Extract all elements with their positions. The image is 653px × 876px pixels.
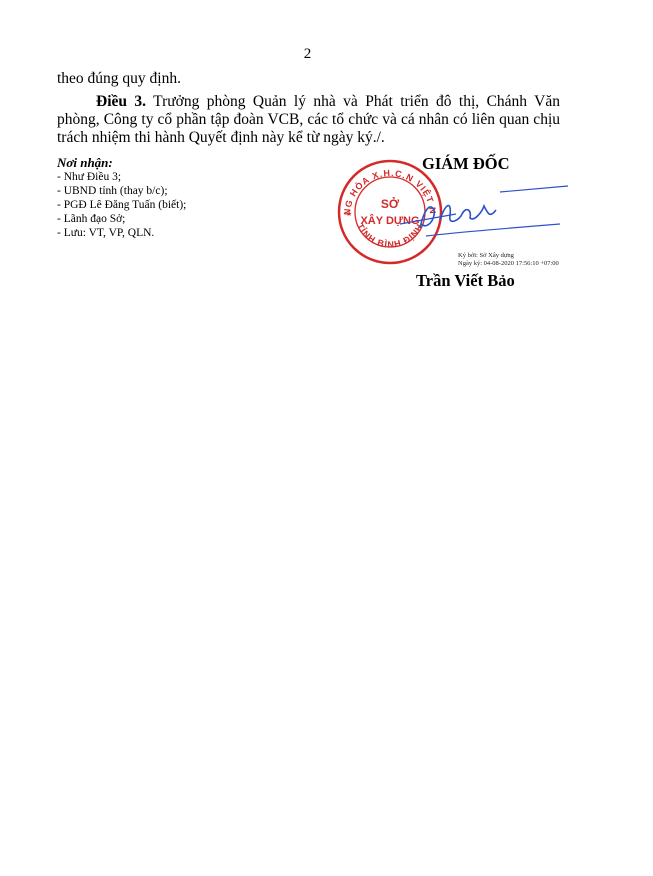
svg-text:SỞ: SỞ bbox=[381, 196, 400, 211]
signer-position: GIÁM ĐỐC bbox=[422, 154, 510, 174]
recipient-item: - UBND tỉnh (thay b/c); bbox=[57, 184, 186, 198]
svg-text:★: ★ bbox=[346, 210, 352, 218]
recipients-block: Nơi nhận: - Như Điều 3; - UBND tỉnh (tha… bbox=[57, 156, 186, 240]
digital-signature-info: Ký bởi: Sở Xây dựng Ngày ký: 04-08-2020 … bbox=[458, 252, 559, 267]
recipient-item: - Lãnh đạo Sở; bbox=[57, 212, 186, 226]
digital-signed-date: Ngày ký: 04-08-2020 17:56:10 +07:00 bbox=[458, 260, 559, 268]
digital-signed-by: Ký bởi: Sở Xây dựng bbox=[458, 252, 559, 260]
paragraph-continuation: theo đúng quy định. bbox=[57, 70, 181, 88]
article-label: Điều 3. bbox=[96, 93, 146, 110]
recipient-item: - Như Điều 3; bbox=[57, 170, 186, 184]
recipient-item: - Lưu: VT, VP, QLN. bbox=[57, 226, 186, 240]
signer-name: Trần Viết Bảo bbox=[416, 271, 515, 291]
handwritten-signature-icon bbox=[400, 180, 580, 250]
article-3-paragraph: Điều 3. Trưởng phòng Quản lý nhà và Phát… bbox=[57, 93, 560, 147]
page-number: 2 bbox=[0, 46, 615, 63]
recipients-title: Nơi nhận: bbox=[57, 156, 186, 170]
recipient-item: - PGĐ Lê Đăng Tuấn (biết); bbox=[57, 198, 186, 212]
